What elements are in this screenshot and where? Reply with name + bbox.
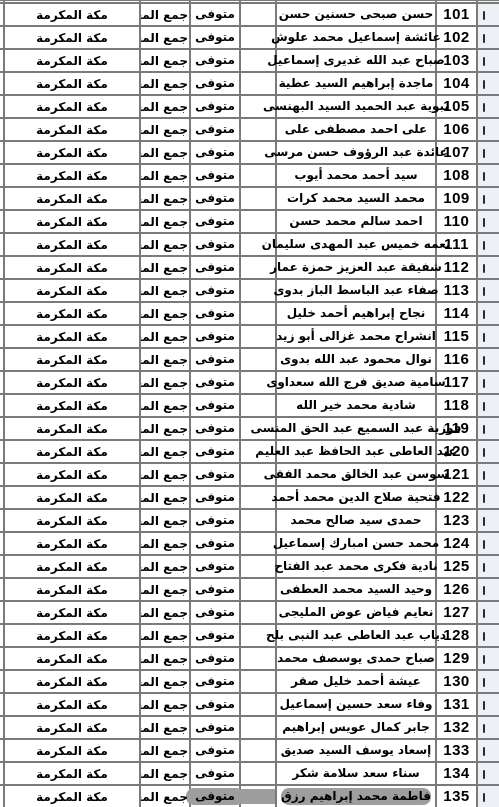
district-text: جمع المعيصم	[139, 376, 189, 390]
district-cell: جمع المعيصم	[139, 119, 189, 140]
city-text: مكة المكرمة	[36, 744, 108, 758]
clipped-text-fragment-icon	[483, 632, 485, 641]
status-text: متوفى	[195, 282, 235, 299]
district-text: جمع المعيصم	[139, 445, 189, 459]
row-number-cell: 108	[435, 165, 476, 186]
clipped-text-fragment-icon	[483, 80, 485, 89]
city-text: مكة المكرمة	[36, 583, 108, 597]
status-cell: متوفى	[189, 395, 239, 416]
empty-cell	[239, 96, 275, 117]
row-number: 117	[444, 374, 470, 391]
left-margin-cell	[0, 234, 3, 255]
row-number-cell: 129	[435, 648, 476, 669]
district-cell: جمع المعيصم	[139, 234, 189, 255]
edge-strip-cell	[476, 602, 499, 623]
empty-cell	[239, 671, 275, 692]
victim-name: ماجدة إبراهيم السيد عطية	[279, 75, 434, 92]
status-text: متوفى	[195, 650, 235, 667]
status-cell: متوفى	[189, 579, 239, 600]
table-row[interactable]: 106 على احمد مصطفى على متوفى جمع المعيصم…	[0, 119, 499, 142]
clipped-text-fragment-icon	[483, 770, 485, 779]
left-margin-cell	[0, 464, 3, 485]
left-margin-cell	[0, 188, 3, 209]
table-row[interactable]: 129 صباح حمدى يوسصف محمد متوفى جمع المعي…	[0, 648, 499, 671]
district-text: جمع المعيصم	[139, 606, 189, 620]
city-cell	[3, 1, 139, 2]
district-cell	[139, 1, 189, 2]
table-row[interactable]: 125 نادية فكرى محمد عبد الفتاح متوفى جمع…	[0, 556, 499, 579]
edge-strip-cell	[476, 510, 499, 531]
row-number-cell	[435, 1, 476, 2]
left-margin-cell	[0, 694, 3, 715]
table-row[interactable]: 108 سيد أحمد محمد أيوب متوفى جمع المعيصم…	[0, 165, 499, 188]
name-cell: نجاح إبراهيم أحمد خليل	[275, 303, 435, 324]
city-text: مكة المكرمة	[36, 560, 108, 574]
status-text: متوفى	[195, 673, 235, 690]
victim-name: نادية فكرى محمد عبد الفتاح	[274, 558, 437, 575]
victim-name: سناء سعد سلامة شكر	[292, 765, 419, 782]
name-cell: حسن صبحى حسنين حسن	[275, 4, 435, 25]
city-text: مكة المكرمة	[36, 284, 108, 298]
selection-fill	[241, 789, 275, 804]
name-cell: نادية فكرى محمد عبد الفتاح	[275, 556, 435, 577]
victim-name: وحيد السيد محمد العطفى	[280, 581, 432, 598]
city-cell: مكة المكرمة	[3, 211, 139, 232]
status-cell: متوفى	[189, 4, 239, 25]
edge-strip-cell	[476, 740, 499, 761]
district-text: جمع المعيصم	[139, 721, 189, 735]
status-cell: متوفى	[189, 418, 239, 439]
table-row[interactable]: 131 وفاء سعد حسين إسماعيل متوفى جمع المع…	[0, 694, 499, 717]
status-text: متوفى	[195, 167, 235, 184]
clipped-text-fragment-icon	[483, 701, 485, 710]
district-cell: جمع المعيصم	[139, 50, 189, 71]
row-number: 135	[443, 788, 470, 805]
name-cell: على احمد مصطفى على	[275, 119, 435, 140]
victims-table-page: 101 حسن صبحى حسنين حسن متوفى جمع المعيصم…	[0, 0, 499, 807]
status-text: متوفى	[195, 719, 235, 736]
victim-name: فوزية عبد السميع عبد الحق المنسى	[251, 420, 462, 437]
district-cell: جمع المعيصم	[139, 625, 189, 646]
name-cell: فتحية صلاح الدين محمد أحمد	[275, 487, 435, 508]
victim-name: نعايم فياض عوض المليجى	[279, 604, 434, 621]
row-number: 128	[443, 627, 470, 644]
status-text: متوفى	[195, 6, 235, 23]
status-text: متوفى	[195, 351, 235, 368]
status-cell: متوفى	[189, 188, 239, 209]
city-cell: مكة المكرمة	[3, 303, 139, 324]
edge-strip-cell	[476, 579, 499, 600]
row-number: 131	[443, 696, 470, 713]
clipped-text-fragment-icon	[483, 402, 485, 411]
city-cell: مكة المكرمة	[3, 27, 139, 48]
row-number: 123	[443, 512, 470, 529]
table-row[interactable]: 115 انشراح محمد غزالى أبو زيد متوفى جمع …	[0, 326, 499, 349]
edge-strip-cell	[476, 73, 499, 94]
status-text: متوفى	[195, 328, 235, 345]
edge-strip-cell	[476, 625, 499, 646]
empty-cell	[239, 257, 275, 278]
status-text: متوفى	[195, 512, 235, 529]
row-number-cell: 135	[435, 786, 476, 807]
name-cell: محمد السيد محمد كرات	[275, 188, 435, 209]
city-text: مكة المكرمة	[36, 675, 108, 689]
status-text: متوفى	[195, 236, 235, 253]
victim-name: انشراح محمد غزالى أبو زيد	[276, 328, 436, 345]
district-cell: جمع المعيصم	[139, 96, 189, 117]
city-cell: مكة المكرمة	[3, 556, 139, 577]
victim-name: حمدى سيد صالح محمد	[290, 512, 421, 529]
city-cell: مكة المكرمة	[3, 188, 139, 209]
district-text: جمع المعيصم	[139, 514, 189, 528]
name-cell: محمد حسن امبارك إسماعيل	[275, 533, 435, 554]
status-text: متوفى	[195, 443, 235, 460]
status-cell: متوفى	[189, 165, 239, 186]
name-cell: نعمه خميس عبد المهدى سليمان	[275, 234, 435, 255]
table-row[interactable]: 110 احمد سالم محمد حسن متوفى جمع المعيصم…	[0, 211, 499, 234]
status-cell: متوفى	[189, 303, 239, 324]
clipped-text-fragment-icon	[483, 540, 485, 549]
status-text: متوفى	[195, 558, 235, 575]
empty-cell	[239, 418, 275, 439]
empty-cell	[239, 579, 275, 600]
table-row[interactable]: 128 دياب عبد العاطى عبد النبى بلح متوفى …	[0, 625, 499, 648]
clipped-text-fragment-icon	[483, 517, 485, 526]
city-cell: مكة المكرمة	[3, 50, 139, 71]
name-cell: صباح حمدى يوسصف محمد	[275, 648, 435, 669]
city-cell: مكة المكرمة	[3, 4, 139, 25]
city-cell: مكة المكرمة	[3, 96, 139, 117]
victims-table: 101 حسن صبحى حسنين حسن متوفى جمع المعيصم…	[0, 4, 499, 807]
district-cell: جمع المعيصم	[139, 602, 189, 623]
table-row[interactable]: 104 ماجدة إبراهيم السيد عطية متوفى جمع ا…	[0, 73, 499, 96]
district-cell: جمع المعيصم	[139, 717, 189, 738]
row-number-cell: 122	[435, 487, 476, 508]
table-row[interactable]: 114 نجاح إبراهيم أحمد خليل متوفى جمع الم…	[0, 303, 499, 326]
victim-name: نبوية عبد الحميد السيد البهنسى	[263, 98, 449, 115]
city-text: مكة المكرمة	[36, 514, 108, 528]
table-row[interactable]: 126 وحيد السيد محمد العطفى متوفى جمع الم…	[0, 579, 499, 602]
victim-name: جابر كمال عويس إبراهيم	[282, 719, 430, 736]
clipped-text-fragment-icon	[483, 103, 485, 112]
city-text: مكة المكرمة	[36, 238, 108, 252]
district-text: جمع المعيصم	[139, 146, 189, 160]
district-text: جمع المعيصم	[139, 54, 189, 68]
city-text: مكة المكرمة	[36, 123, 108, 137]
status-cell: متوفى	[189, 671, 239, 692]
status-text: متوفى	[195, 190, 235, 207]
city-cell: مكة المكرمة	[3, 234, 139, 255]
left-margin-cell	[0, 119, 3, 140]
name-cell: صفاء عبد الباسط الباز بدوى	[275, 280, 435, 301]
status-cell: متوفى	[189, 211, 239, 232]
district-cell: جمع المعيصم	[139, 73, 189, 94]
status-text: متوفى	[195, 696, 235, 713]
table-row[interactable]: 119 فوزية عبد السميع عبد الحق المنسى متو…	[0, 418, 499, 441]
clipped-text-fragment-icon	[483, 333, 485, 342]
district-text: جمع المعيصم	[139, 744, 189, 758]
row-number-cell: 131	[435, 694, 476, 715]
table-row[interactable]: 103 صباح عبد الله غديرى إسماعيل متوفى جم…	[0, 50, 499, 73]
table-row[interactable]: 127 نعايم فياض عوض المليجى متوفى جمع الم…	[0, 602, 499, 625]
table-row[interactable]: 121 سوسن عبد الخالق محمد الفقى متوفى جمع…	[0, 464, 499, 487]
row-number: 108	[443, 167, 470, 184]
district-text: جمع المعيصم	[139, 192, 189, 206]
table-row[interactable]: 107 عائدة عبد الرؤوف حسن مرسى متوفى جمع …	[0, 142, 499, 165]
district-cell: جمع المعيصم	[139, 395, 189, 416]
row-number: 101	[443, 6, 470, 23]
edge-strip-cell	[476, 4, 499, 25]
clipped-text-fragment-icon	[483, 586, 485, 595]
district-cell: جمع المعيصم	[139, 648, 189, 669]
district-text: جمع المعيصم	[139, 307, 189, 321]
city-text: مكة المكرمة	[36, 767, 108, 781]
row-number-cell: 113	[435, 280, 476, 301]
status-text: متوفى	[195, 75, 235, 92]
left-margin-cell	[0, 418, 3, 439]
table-row[interactable]: 112 شفيقة عبد العزيز حمزة عمار متوفى جمع…	[0, 257, 499, 280]
table-row[interactable]: 105 نبوية عبد الحميد السيد البهنسى متوفى…	[0, 96, 499, 119]
table-row[interactable]: 109 محمد السيد محمد كرات متوفى جمع المعي…	[0, 188, 499, 211]
left-margin-cell	[0, 533, 3, 554]
status-cell: متوفى	[189, 786, 239, 807]
district-cell: جمع المعيصم	[139, 142, 189, 163]
row-number-cell: 126	[435, 579, 476, 600]
city-cell: مكة المكرمة	[3, 533, 139, 554]
name-cell: شادية محمد خير الله	[275, 395, 435, 416]
victim-name: صفاء عبد الباسط الباز بدوى	[273, 282, 438, 299]
status-cell: متوفى	[189, 441, 239, 462]
table-row[interactable]: 130 عيشة أحمد خليل صقر متوفى جمع المعيصم…	[0, 671, 499, 694]
victim-name: سوسن عبد الخالق محمد الفقى	[264, 466, 449, 483]
left-margin-cell	[0, 441, 3, 462]
city-text: مكة المكرمة	[36, 629, 108, 643]
status-cell: متوفى	[189, 280, 239, 301]
table-row[interactable]: 120 عبد العاطى عبد الحافظ عبد العليم متو…	[0, 441, 499, 464]
district-text: جمع المعيصم	[139, 100, 189, 114]
table-row[interactable]: 133 إسعاد يوسف السيد صديق متوفى جمع المع…	[0, 740, 499, 763]
district-text: جمع المعيصم	[139, 468, 189, 482]
edge-strip-cell	[476, 257, 499, 278]
table-row[interactable]: 113 صفاء عبد الباسط الباز بدوى متوفى جمع…	[0, 280, 499, 303]
status-text: متوفى	[195, 420, 235, 437]
district-cell: جمع المعيصم	[139, 326, 189, 347]
clipped-text-fragment-icon	[483, 11, 485, 20]
empty-cell	[239, 464, 275, 485]
clipped-text-fragment-icon	[483, 264, 485, 273]
name-cell: نبوية عبد الحميد السيد البهنسى	[275, 96, 435, 117]
table-row[interactable]: 122 فتحية صلاح الدين محمد أحمد متوفى جمع…	[0, 487, 499, 510]
district-cell: جمع المعيصم	[139, 280, 189, 301]
district-cell: جمع المعيصم	[139, 694, 189, 715]
name-cell: عيشة أحمد خليل صقر	[275, 671, 435, 692]
table-row[interactable]: 117 سامية صديق فرج الله سعداوى متوفى جمع…	[0, 372, 499, 395]
status-text: متوفى	[195, 535, 235, 552]
district-cell: جمع المعيصم	[139, 441, 189, 462]
table-row[interactable]: 101 حسن صبحى حسنين حسن متوفى جمع المعيصم…	[0, 4, 499, 27]
empty-cell	[239, 717, 275, 738]
clipped-text-fragment-icon	[483, 448, 485, 457]
victim-name: سامية صديق فرج الله سعداوى	[266, 374, 445, 391]
status-cell: متوفى	[189, 96, 239, 117]
status-text: متوفى	[195, 604, 235, 621]
city-text: مكة المكرمة	[36, 31, 108, 45]
city-text: مكة المكرمة	[36, 261, 108, 275]
victim-name: محمد حسن امبارك إسماعيل	[273, 535, 439, 552]
empty-cell	[239, 510, 275, 531]
empty-cell	[239, 349, 275, 370]
edge-strip-cell	[476, 280, 499, 301]
city-cell: مكة المكرمة	[3, 280, 139, 301]
edge-strip-cell	[476, 211, 499, 232]
row-number-cell: 134	[435, 763, 476, 784]
name-cell: إسعاد يوسف السيد صديق	[275, 740, 435, 761]
district-cell: جمع المعيصم	[139, 303, 189, 324]
empty-cell	[239, 211, 275, 232]
row-number: 113	[444, 282, 470, 299]
clipped-text-fragment-icon	[483, 57, 485, 66]
name-cell: ماجدة إبراهيم السيد عطية	[275, 73, 435, 94]
clipped-text-fragment-icon	[483, 149, 485, 158]
name-cell: سامية صديق فرج الله سعداوى	[275, 372, 435, 393]
table-row[interactable]: 116 نوال محمود عبد الله بدوى متوفى جمع ا…	[0, 349, 499, 372]
clipped-text-fragment-icon	[483, 218, 485, 227]
row-number-cell: 109	[435, 188, 476, 209]
table-row[interactable]: 102 عائشة إسماعيل محمد علوش متوفى جمع ال…	[0, 27, 499, 50]
district-text: جمع المعيصم	[139, 261, 189, 275]
city-cell: مكة المكرمة	[3, 648, 139, 669]
clipped-text-fragment-icon	[483, 172, 485, 181]
table-row[interactable]: 123 حمدى سيد صالح محمد متوفى جمع المعيصم…	[0, 510, 499, 533]
left-margin-cell	[0, 326, 3, 347]
district-text: جمع المعيصم	[139, 675, 189, 689]
row-number: 109	[443, 190, 470, 207]
city-cell: مكة المكرمة	[3, 165, 139, 186]
name-cell: صباح عبد الله غديرى إسماعيل	[275, 50, 435, 71]
city-text: مكة المكرمة	[36, 606, 108, 620]
edge-strip-cell	[476, 786, 499, 807]
status-cell: متوفى	[189, 234, 239, 255]
edge-strip-cell	[476, 165, 499, 186]
district-text: جمع المعيصم	[139, 629, 189, 643]
clipped-text-fragment-icon	[483, 126, 485, 135]
city-cell: مكة المكرمة	[3, 395, 139, 416]
name-cell: شفيقة عبد العزيز حمزة عمار	[275, 257, 435, 278]
status-cell: متوفى	[189, 27, 239, 48]
row-number-cell: 116	[435, 349, 476, 370]
edge-strip-cell	[476, 119, 499, 140]
city-cell: مكة المكرمة	[3, 326, 139, 347]
status-cell: متوفى	[189, 556, 239, 577]
victim-name: عائدة عبد الرؤوف حسن مرسى	[264, 144, 447, 161]
left-margin-cell	[0, 487, 3, 508]
edge-strip-cell	[476, 418, 499, 439]
table-row[interactable]: 124 محمد حسن امبارك إسماعيل متوفى جمع ال…	[0, 533, 499, 556]
status-cell: متوفى	[189, 257, 239, 278]
left-margin-cell	[0, 211, 3, 232]
victim-name: فاطمة محمد إبراهيم رزق	[281, 788, 431, 805]
city-text: مكة المكرمة	[36, 376, 108, 390]
empty-cell	[239, 73, 275, 94]
clipped-text-fragment-icon	[483, 425, 485, 434]
status-text: متوفى	[195, 374, 235, 391]
city-text: مكة المكرمة	[36, 537, 108, 551]
table-row[interactable]: 118 شادية محمد خير الله متوفى جمع المعيص…	[0, 395, 499, 418]
row-number: 130	[443, 673, 470, 690]
status-cell: متوفى	[189, 372, 239, 393]
left-margin-cell	[0, 579, 3, 600]
status-cell: متوفى	[189, 510, 239, 531]
table-row[interactable]: 111 نعمه خميس عبد المهدى سليمان متوفى جم…	[0, 234, 499, 257]
left-margin-cell	[0, 4, 3, 25]
clipped-text-fragment-icon	[483, 678, 485, 687]
row-number-cell: 114	[435, 303, 476, 324]
edge-strip-cell	[476, 96, 499, 117]
left-margin-cell	[0, 556, 3, 577]
table-row[interactable]: 134 سناء سعد سلامة شكر متوفى جمع المعيصم…	[0, 763, 499, 786]
table-row[interactable]: 132 جابر كمال عويس إبراهيم متوفى جمع الم…	[0, 717, 499, 740]
empty-cell	[239, 648, 275, 669]
status-cell: متوفى	[189, 602, 239, 623]
district-cell: جمع المعيصم	[139, 27, 189, 48]
city-cell: مكة المكرمة	[3, 510, 139, 531]
empty-cell	[239, 487, 275, 508]
district-cell: جمع المعيصم	[139, 763, 189, 784]
city-cell: مكة المكرمة	[3, 418, 139, 439]
table-row[interactable]: 135 فاطمة محمد إبراهيم رزق متوفى جمع الم…	[0, 786, 499, 807]
district-text: جمع المعيصم	[139, 77, 189, 91]
empty-cell	[239, 50, 275, 71]
empty-cell	[239, 694, 275, 715]
edge-strip-cell	[476, 671, 499, 692]
row-number: 129	[443, 650, 470, 667]
empty-cell	[239, 234, 275, 255]
empty-cell	[239, 533, 275, 554]
edge-strip-cell	[476, 533, 499, 554]
district-cell: جمع المعيصم	[139, 510, 189, 531]
status-text: متوفى	[195, 581, 235, 598]
clipped-text-fragment-icon	[483, 379, 485, 388]
city-cell: مكة المكرمة	[3, 625, 139, 646]
status-cell	[189, 1, 239, 2]
row-number: 112	[444, 259, 470, 276]
row-number-cell: 104	[435, 73, 476, 94]
district-text: جمع المعيصم	[139, 8, 189, 22]
status-cell: متوفى	[189, 648, 239, 669]
city-text: مكة المكرمة	[36, 100, 108, 114]
left-margin-cell	[0, 257, 3, 278]
left-margin-cell	[0, 349, 3, 370]
victim-name: صباح حمدى يوسصف محمد	[277, 650, 435, 667]
clipped-text-fragment-icon	[483, 563, 485, 572]
row-number: 103	[443, 52, 470, 69]
clipped-text-fragment-icon	[483, 356, 485, 365]
edge-strip-cell	[476, 50, 499, 71]
district-text: جمع المعيصم	[139, 215, 189, 229]
status-cell: متوفى	[189, 717, 239, 738]
city-text: مكة المكرمة	[36, 330, 108, 344]
city-text: مكة المكرمة	[36, 77, 108, 91]
victim-name: وفاء سعد حسين إسماعيل	[280, 696, 433, 713]
district-cell: جمع المعيصم	[139, 786, 189, 807]
victim-name: على احمد مصطفى على	[285, 121, 427, 138]
left-margin-cell	[0, 395, 3, 416]
edge-strip-cell	[476, 188, 499, 209]
clipped-text-fragment-icon	[483, 310, 485, 319]
city-text: مكة المكرمة	[36, 353, 108, 367]
empty-cell	[239, 763, 275, 784]
left-margin-cell	[0, 602, 3, 623]
